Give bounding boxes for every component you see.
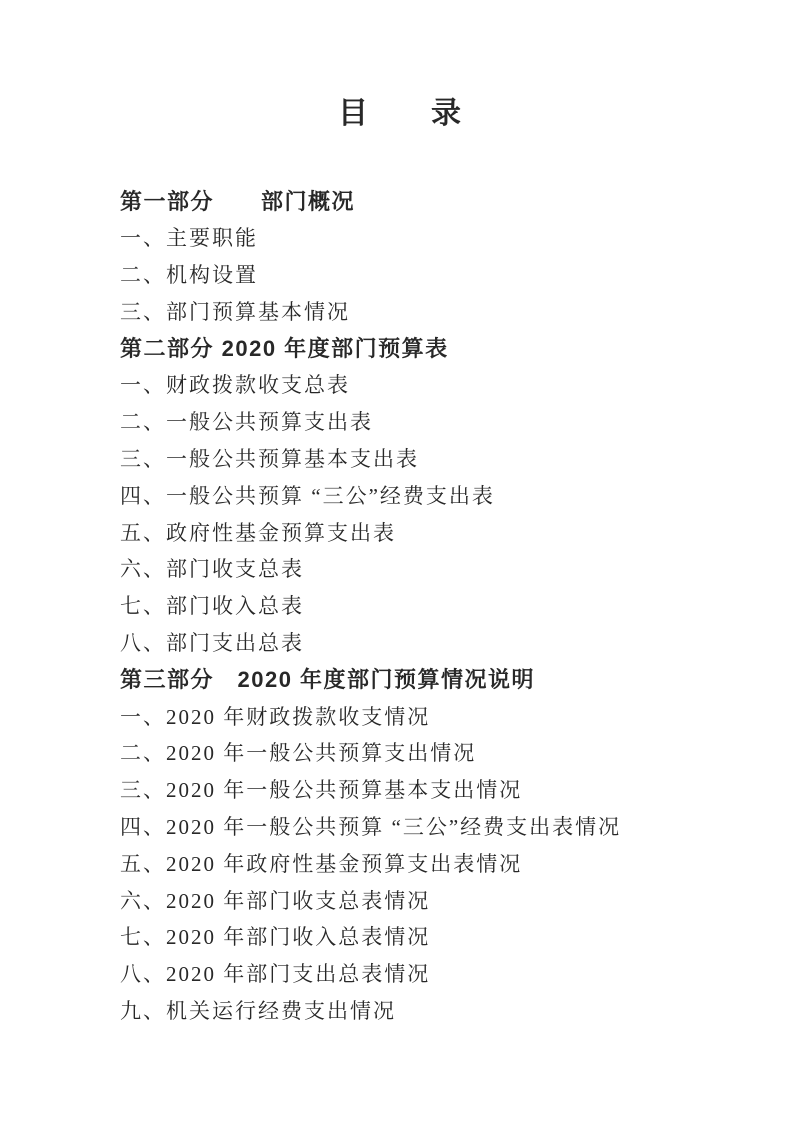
toc-item: 六、部门收支总表 <box>120 550 750 587</box>
document-page: 目 录 第一部分 部门概况 一、主要职能 二、机构设置 三、部门预算基本情况 第… <box>0 0 800 1132</box>
toc-item: 一、2020 年财政拨款收支情况 <box>120 697 750 734</box>
toc-item: 九、机关运行经费支出情况 <box>120 992 750 1029</box>
toc-item: 六、2020 年部门收支总表情况 <box>120 881 750 918</box>
toc-item: 三、一般公共预算基本支出表 <box>120 440 750 477</box>
toc-item: 五、政府性基金预算支出表 <box>120 513 750 550</box>
toc-item: 八、部门支出总表 <box>120 624 750 661</box>
toc-item: 八、2020 年部门支出总表情况 <box>120 955 750 992</box>
page-title: 目 录 <box>0 94 800 134</box>
toc-item: 五、2020 年政府性基金预算支出表情况 <box>120 844 750 881</box>
table-of-contents: 第一部分 部门概况 一、主要职能 二、机构设置 三、部门预算基本情况 第二部分 … <box>0 182 800 1028</box>
toc-section-heading-2: 第二部分 2020 年度部门预算表 <box>120 329 750 366</box>
toc-item: 二、机构设置 <box>120 256 750 293</box>
toc-section-heading-3: 第三部分 2020 年度部门预算情况说明 <box>120 660 750 697</box>
toc-item: 四、2020 年一般公共预算 “三公”经费支出表情况 <box>120 808 750 845</box>
toc-item: 二、一般公共预算支出表 <box>120 403 750 440</box>
toc-item: 一、财政拨款收支总表 <box>120 366 750 403</box>
toc-item: 三、部门预算基本情况 <box>120 292 750 329</box>
toc-item: 四、一般公共预算 “三公”经费支出表 <box>120 476 750 513</box>
toc-item: 三、2020 年一般公共预算基本支出情况 <box>120 771 750 808</box>
toc-item: 二、2020 年一般公共预算支出情况 <box>120 734 750 771</box>
toc-section-heading-1: 第一部分 部门概况 <box>120 182 750 219</box>
toc-item: 七、部门收入总表 <box>120 587 750 624</box>
toc-item: 一、主要职能 <box>120 219 750 256</box>
toc-item: 七、2020 年部门收入总表情况 <box>120 918 750 955</box>
